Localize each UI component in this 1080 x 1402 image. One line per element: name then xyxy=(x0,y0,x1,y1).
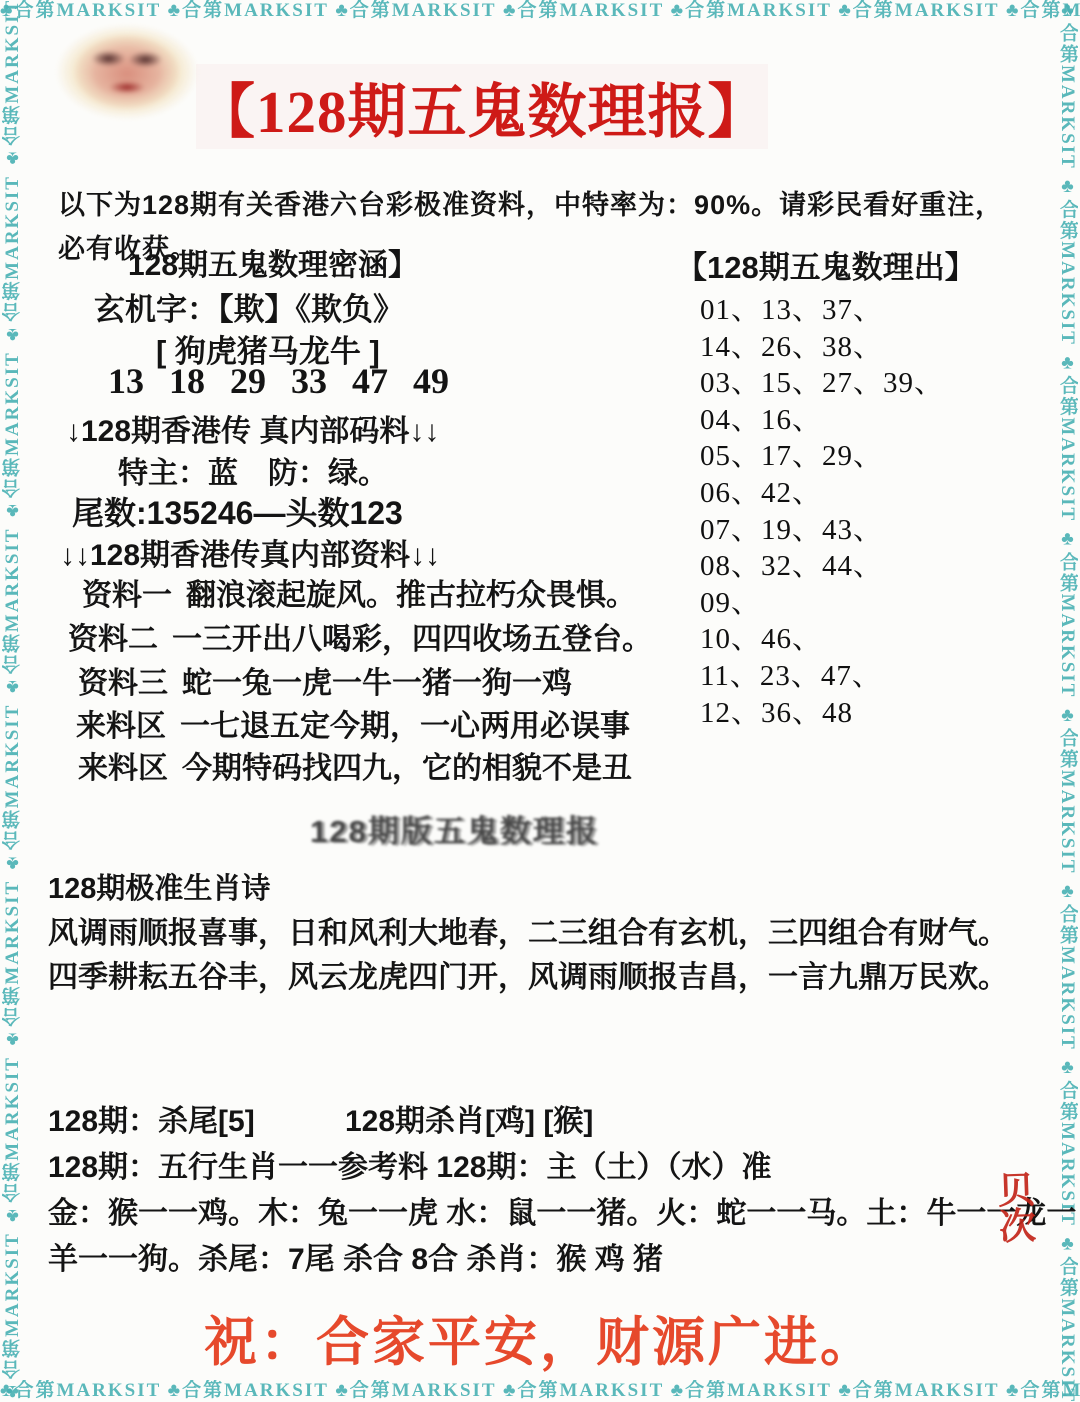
number-row: 01、13、37、 xyxy=(700,292,944,329)
info-row-text: 蛇一兔一虎一牛一猪一狗一鸡 xyxy=(182,667,572,700)
arrow-line-2: ↓↓128期香港传真内部资料↓↓ xyxy=(60,530,440,574)
portrait-icon xyxy=(56,24,198,120)
elements-line-1: 金：猴一一鸡。木：兔一一虎 水：鼠一一猪。火：蛇一一马。土：牛一一龙一 xyxy=(48,1188,1076,1232)
page-title: 【128期五鬼数理报】 xyxy=(196,64,768,149)
special-color-line: 特主：蓝 防：绿。 xyxy=(118,448,388,492)
info-row-label: 资料三 xyxy=(78,667,168,700)
elements-line-2: 羊一一狗。杀尾：7尾 杀合 8合 杀肖：猴 鸡 猪 xyxy=(48,1234,663,1278)
number-row: 05、17、29、 xyxy=(700,438,944,475)
number-row: 03、15、27、39、 xyxy=(700,365,944,402)
number-row: 08、32、44、 xyxy=(700,548,944,585)
poem-line-2: 四季耕耘五谷丰，风云龙虎四门开，风调雨顺报吉昌，一言九鼎万民欢。 xyxy=(48,952,1008,996)
number-row: 09、 xyxy=(700,585,944,622)
number-row: 14、26、38、 xyxy=(700,329,944,366)
red-seal-top-char: 贝 xyxy=(994,1173,1039,1211)
number-row: 10、46、 xyxy=(700,621,944,658)
five-ghost-header: 128期五鬼数理密涵】 xyxy=(128,240,418,284)
info-row-label: 资料二 xyxy=(68,623,158,656)
info-row-3: 资料三蛇一兔一虎一牛一猪一狗一鸡 xyxy=(78,658,572,702)
number-row: 06、42、 xyxy=(700,475,944,512)
border-watermark-left: ♣合第MARKSIT ♣合第MARKSIT ♣合第MARKSIT ♣合第MARK… xyxy=(2,0,24,1402)
arrow-line-1: ↓128期香港传 真内部码料↓↓ xyxy=(66,406,439,450)
wuxing-line: 128期：五行生肖一一参考料 128期：主（土）（水）准 xyxy=(48,1142,771,1186)
number-row: 04、16、 xyxy=(700,402,944,439)
red-seal: 贝 次 xyxy=(994,1173,1040,1246)
blessing-text: 祝：合家平安，财源广进。 xyxy=(0,1300,1080,1376)
tail-numbers-line: 尾数:135246—头数123 xyxy=(72,488,403,534)
info-row-2: 资料二一三开出八喝彩，四四收场五登台。 xyxy=(68,614,652,658)
source-row-label: 来料区 xyxy=(76,710,166,743)
lucky-numbers-line: 13 18 29 33 47 49 xyxy=(108,360,449,402)
border-watermark-top: ♣合第MARKSIT ♣合第MARKSIT ♣合第MARKSIT ♣合第MARK… xyxy=(0,0,1080,21)
poem-line-1: 风调雨顺报喜事，日和风利大地春，二三组合有玄机，三四组合有财气。 xyxy=(48,908,1008,952)
source-row-label: 来料区 xyxy=(78,752,168,785)
source-row-text: 一七退五定今期，一心两用必误事 xyxy=(180,710,630,743)
right-panel-rows: 01、13、37、 14、26、38、 03、15、27、39、 04、16、 … xyxy=(700,292,944,731)
kill-tail-line: 128期：杀尾[5] xyxy=(48,1096,255,1140)
poem-header: 128期极准生肖诗 xyxy=(48,866,270,907)
source-row-text: 今期特码找四九，它的相貌不是丑 xyxy=(182,752,632,785)
source-row-2: 来料区今期特码找四九，它的相貌不是丑 xyxy=(78,743,632,787)
source-row-1: 来料区一七退五定今期，一心两用必误事 xyxy=(76,701,630,745)
info-row-label: 资料一 xyxy=(82,579,172,612)
number-row: 07、19、43、 xyxy=(700,512,944,549)
red-seal-bottom-char: 次 xyxy=(995,1209,1040,1247)
ghost-title: 128期版五鬼数理报 xyxy=(310,806,599,851)
kill-zodiac-line: 128期杀肖[鸡] [猴] xyxy=(345,1096,593,1140)
right-panel-header: 【128期五鬼数理出】 xyxy=(676,242,976,287)
number-row: 11、23、47、 xyxy=(700,658,944,695)
mystery-word-line: 玄机字：【欺】《欺负》 xyxy=(94,284,404,329)
lottery-tip-sheet: ♣合第MARKSIT ♣合第MARKSIT ♣合第MARKSIT ♣合第MARK… xyxy=(0,0,1080,1402)
info-row-text: 翻浪滚起旋风。推古拉朽众畏惧。 xyxy=(186,579,636,612)
border-watermark-bottom: ♣合第MARKSIT ♣合第MARKSIT ♣合第MARKSIT ♣合第MARK… xyxy=(0,1380,1080,1402)
info-row-1: 资料一翻浪滚起旋风。推古拉朽众畏惧。 xyxy=(82,570,636,614)
info-row-text: 一三开出八喝彩，四四收场五登台。 xyxy=(172,623,652,656)
number-row: 12、36、48 xyxy=(700,695,944,732)
